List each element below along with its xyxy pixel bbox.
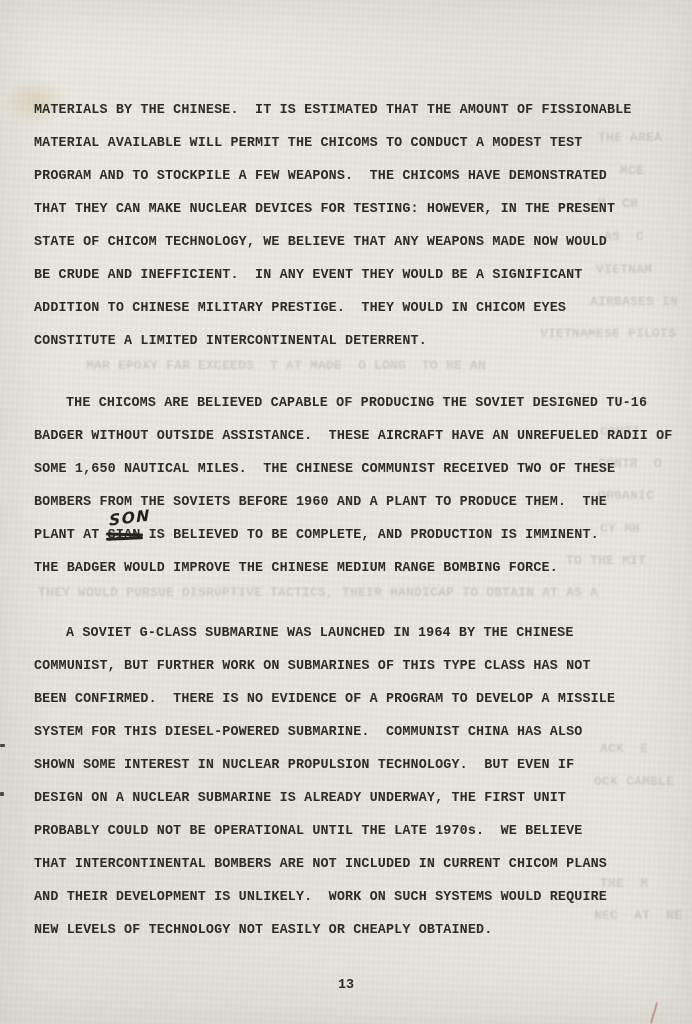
typed-line: BEEN CONFIRMED. THERE IS NO EVIDENCE OF … <box>34 685 674 718</box>
typed-line: BE CRUDE AND INEFFICIENT. IN ANY EVENT T… <box>34 261 674 294</box>
typed-line: THE BADGER WOULD IMPROVE THE CHINESE MED… <box>34 554 674 587</box>
paragraph-2: THE CHICOMS ARE BELIEVED CAPABLE OF PROD… <box>34 389 674 587</box>
typed-line: A SOVIET G-CLASS SUBMARINE WAS LAUNCHED … <box>34 619 674 652</box>
handwritten-correction: SON <box>109 500 151 535</box>
edit-line-prefix: PLANT AT <box>34 528 108 543</box>
typed-line: SHOWN SOME INTEREST IN NUCLEAR PROPULSIO… <box>34 751 674 784</box>
edge-speck <box>0 792 4 796</box>
typed-line: DESIGN ON A NUCLEAR SUBMARINE IS ALREADY… <box>34 784 674 817</box>
typed-line: CONSTITUTE A LIMITED INTERCONTINENTAL DE… <box>34 327 674 360</box>
red-scratch-mark <box>650 1002 658 1024</box>
typed-line: ADDITION TO CHINESE MILITARY PRESTIGE. T… <box>34 294 674 327</box>
typed-line: MATERIAL AVAILABLE WILL PERMIT THE CHICO… <box>34 129 674 162</box>
typed-line: BADGER WITHOUT OUTSIDE ASSISTANCE. THESE… <box>34 422 674 455</box>
edit-line-suffix: IS BELIEVED TO BE COMPLETE, AND PRODUCTI… <box>140 528 598 543</box>
paragraph-3: A SOVIET G-CLASS SUBMARINE WAS LAUNCHED … <box>34 619 674 949</box>
typed-line: PROBABLY COULD NOT BE OPERATIONAL UNTIL … <box>34 817 674 850</box>
typed-line: PROGRAM AND TO STOCKPILE A FEW WEAPONS. … <box>34 162 674 195</box>
typed-line: AND THEIR DEVELOPMENT IS UNLIKELY. WORK … <box>34 883 674 916</box>
bleed-through-fragment: THEY WOULD PURSUE DISRUPTIVE TACTICS, TH… <box>38 585 598 600</box>
bleed-through-fragment: MAR EPOXY FAR EXCEEDS T AT MADE O LONG T… <box>86 358 486 373</box>
typed-line: THAT THEY CAN MAKE NUCLEAR DEVICES FOR T… <box>34 195 674 228</box>
document-page: THE AREAMCEM CHAS CVIETNAMAIRBASES INVIE… <box>0 0 692 1024</box>
page-number: 13 <box>0 978 692 993</box>
typed-line: COMMUNIST, BUT FURTHER WORK ON SUBMARINE… <box>34 652 674 685</box>
typed-line-with-correction: PLANT AT SIANSON IS BELIEVED TO BE COMPL… <box>34 521 674 554</box>
typed-line: SYSTEM FOR THIS DIESEL-POWERED SUBMARINE… <box>34 718 674 751</box>
typed-line: MATERIALS BY THE CHINESE. IT IS ESTIMATE… <box>34 96 674 129</box>
struck-out-word: SIANSON <box>108 521 141 551</box>
typed-line: SOME 1,650 NAUTICAL MILES. THE CHINESE C… <box>34 455 674 488</box>
typed-line: THE CHICOMS ARE BELIEVED CAPABLE OF PROD… <box>34 389 674 422</box>
typed-line: THAT INTERCONTINENTAL BOMBERS ARE NOT IN… <box>34 850 674 883</box>
typed-line: STATE OF CHICOM TECHNOLOGY, WE BELIEVE T… <box>34 228 674 261</box>
edge-speck <box>0 744 5 747</box>
paragraph-1: MATERIALS BY THE CHINESE. IT IS ESTIMATE… <box>34 96 674 360</box>
typed-line: NEW LEVELS OF TECHNOLOGY NOT EASILY OR C… <box>34 916 674 949</box>
